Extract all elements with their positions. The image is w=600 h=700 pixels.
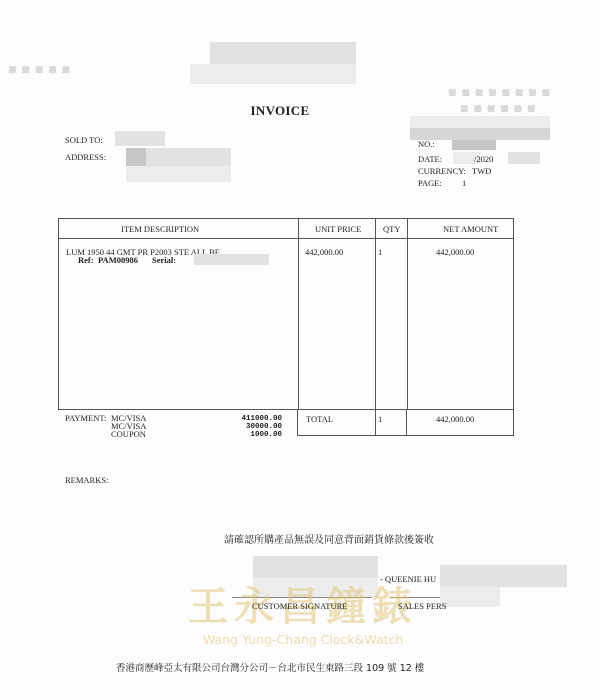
total-label: TOTAL bbox=[306, 414, 333, 424]
redacted-address bbox=[126, 166, 231, 182]
payment-amount: 1000.00 bbox=[222, 431, 282, 439]
address-label: ADDRESS: bbox=[65, 152, 106, 162]
redacted-customer-name bbox=[115, 131, 165, 146]
sales-person-label: SALES PERS bbox=[398, 601, 446, 611]
redacted-invoice-number bbox=[410, 116, 550, 128]
total-amount: 442,000.00 bbox=[436, 414, 474, 424]
redacted-invoice-number bbox=[452, 140, 496, 150]
confirmation-text: 請確認所購產品無誤及同意背面銷貨條款後簽收 bbox=[224, 531, 434, 546]
footer-address: 香港商歷峰亞太有限公司台灣分公司－台北市民生東路三段 109 號 12 樓 bbox=[116, 660, 424, 674]
background-artifact: ■ ■ ■ ■ ■ ■ ■ ■ bbox=[448, 88, 551, 98]
redacted-company-name bbox=[190, 64, 356, 84]
item-ref-value: PAM00986 bbox=[98, 255, 138, 265]
header-qty: QTY bbox=[383, 224, 400, 234]
header-net-amount: NET AMOUNT bbox=[443, 224, 498, 234]
customer-signature-label: CUSTOMER SIGNATURE bbox=[252, 601, 347, 611]
currency-label: CURRENCY: bbox=[418, 166, 466, 176]
payment-amount: 30000.00 bbox=[222, 423, 282, 431]
watermark-english: Wang Yung-Chang Clock&Watch bbox=[203, 632, 403, 647]
date-value: /2020 bbox=[474, 154, 493, 164]
background-artifact: ■ ■ ■ ■ ■ bbox=[8, 65, 71, 75]
total-qty: 1 bbox=[378, 414, 382, 424]
header-unit-price: UNIT PRICE bbox=[315, 224, 361, 234]
redacted-salesperson-info bbox=[440, 565, 567, 587]
payment-method: COUPON bbox=[111, 429, 146, 439]
no-label: NO.: bbox=[418, 139, 435, 149]
item-ref-label: Ref: bbox=[78, 255, 94, 265]
page-value: 1 bbox=[462, 178, 466, 188]
date-label: DATE: bbox=[418, 154, 442, 164]
redacted-company-name bbox=[210, 42, 356, 64]
item-net-amount: 442,000.00 bbox=[436, 247, 474, 257]
payment-amount: 411000.00 bbox=[222, 415, 282, 423]
page-label: PAGE: bbox=[418, 178, 442, 188]
sold-to-label: SOLD TO: bbox=[65, 135, 103, 145]
currency-value: TWD bbox=[472, 166, 491, 176]
payment-label: PAYMENT: bbox=[65, 413, 106, 423]
redacted-address bbox=[126, 148, 146, 166]
redacted-address bbox=[146, 148, 231, 166]
item-table: ITEM DESCRIPTION UNIT PRICE QTY NET AMOU… bbox=[58, 218, 514, 410]
item-serial-label: Serial: bbox=[152, 255, 176, 265]
redacted-serial bbox=[194, 254, 269, 265]
total-box: TOTAL 1 442,000.00 bbox=[297, 409, 514, 436]
item-qty: 1 bbox=[378, 247, 382, 257]
header-item-description: ITEM DESCRIPTION bbox=[121, 224, 199, 234]
remarks-label: REMARKS: bbox=[65, 475, 108, 485]
redacted-date bbox=[508, 152, 540, 164]
item-unit-price: 442,000.00 bbox=[305, 247, 343, 257]
redacted-salesperson-info bbox=[440, 587, 500, 607]
